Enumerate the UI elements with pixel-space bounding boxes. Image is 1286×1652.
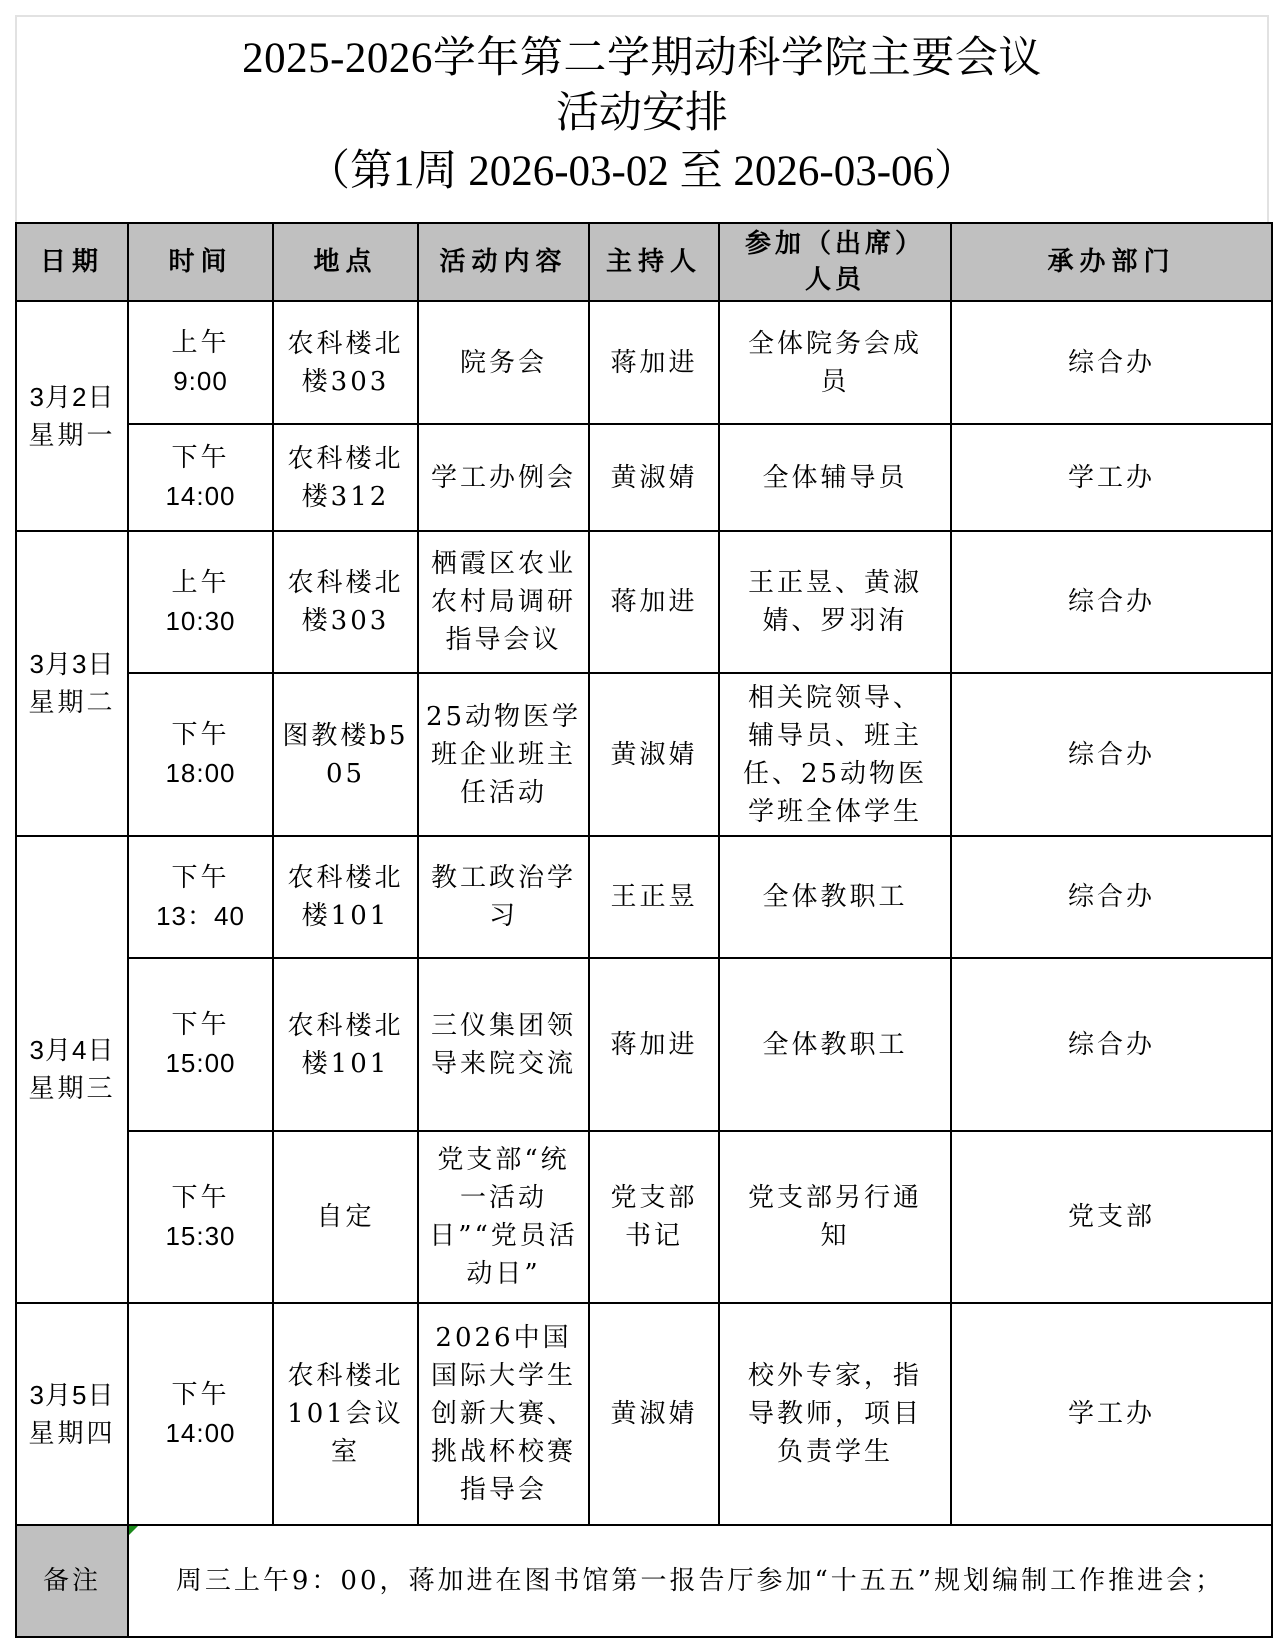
period-label: 下午 — [171, 443, 229, 473]
attendees-cell: 王正昱、黄淑婧、罗羽洧 — [719, 531, 951, 673]
table-row: 下午 15:00 农科楼北楼101 三仪集团领导来院交流 蒋加进 全体教职工 综… — [16, 958, 1272, 1131]
time-cell: 下午 14:00 — [128, 424, 273, 531]
time-cell: 上午 10:30 — [128, 531, 273, 673]
header-date: 日期 — [16, 223, 128, 301]
title-box: 2025-2026学年第二学期动科学院主要会议 活动安排 （第1周 2026-0… — [15, 15, 1269, 222]
time-label: 10:30 — [165, 606, 235, 636]
department-cell: 综合办 — [951, 531, 1272, 673]
host-cell: 黄淑婧 — [589, 424, 719, 531]
host-cell: 蒋加进 — [589, 301, 719, 424]
date-cell: 3月2日 星期一 — [16, 301, 128, 531]
location-cell: 农科楼北101会议室 — [273, 1303, 418, 1525]
location-cell: 农科楼北楼303 — [273, 531, 418, 673]
remark-text: 周三上午9：00，蒋加进在图书馆第一报告厅参加“十五五”规划编制工作推进会； — [176, 1566, 1224, 1596]
content-cell: 三仪集团领导来院交流 — [418, 958, 589, 1131]
week-range: （第1周 2026-03-02 至 2026-03-06） — [17, 147, 1267, 197]
time-label: 14:00 — [165, 481, 235, 511]
period-label: 上午 — [171, 568, 229, 598]
host-cell: 蒋加进 — [589, 958, 719, 1131]
content-cell: 2026中国国际大学生创新大赛、挑战杯校赛指导会 — [418, 1303, 589, 1525]
table-row: 下午 15:30 自定 党支部“统一活动日”“党员活动日” 党支部书记 党支部另… — [16, 1131, 1272, 1303]
content-cell: 党支部“统一活动日”“党员活动日” — [418, 1131, 589, 1303]
host-cell: 黄淑婧 — [589, 673, 719, 836]
header-location: 地点 — [273, 223, 418, 301]
time-cell: 下午 18:00 — [128, 673, 273, 836]
department-cell: 学工办 — [951, 424, 1272, 531]
content-cell: 院务会 — [418, 301, 589, 424]
table-row: 下午 18:00 图教楼b505 25动物医学班企业班主任活动 黄淑婧 相关院领… — [16, 673, 1272, 836]
period-label: 下午 — [171, 863, 229, 893]
department-cell: 综合办 — [951, 836, 1272, 958]
document-title: 2025-2026学年第二学期动科学院主要会议 — [17, 34, 1267, 84]
host-cell: 党支部书记 — [589, 1131, 719, 1303]
date-cell: 3月3日 星期二 — [16, 531, 128, 836]
header-department: 承办部门 — [951, 223, 1272, 301]
time-label: 15:30 — [165, 1221, 235, 1251]
weekday-label: 星期一 — [28, 421, 115, 451]
attendees-cell: 党支部另行通知 — [719, 1131, 951, 1303]
date-label: 3月5日 — [30, 1380, 115, 1410]
weekday-label: 星期三 — [28, 1074, 115, 1104]
location-cell: 自定 — [273, 1131, 418, 1303]
remark-label: 备注 — [16, 1525, 128, 1637]
date-label: 3月2日 — [30, 382, 115, 412]
date-label: 3月3日 — [30, 649, 115, 679]
document-subtitle: 活动安排 — [17, 89, 1267, 139]
department-cell: 综合办 — [951, 673, 1272, 836]
host-cell: 蒋加进 — [589, 531, 719, 673]
table-row: 3月2日 星期一 上午 9:00 农科楼北楼303 院务会 蒋加进 全体院务会成… — [16, 301, 1272, 424]
period-label: 下午 — [171, 1010, 229, 1040]
location-cell: 农科楼北楼312 — [273, 424, 418, 531]
attendees-cell: 校外专家，指导教师，项目负责学生 — [719, 1303, 951, 1525]
time-label: 13：40 — [156, 901, 245, 931]
attendees-cell: 相关院领导、辅导员、班主任、25动物医学班全体学生 — [719, 673, 951, 836]
schedule-table: 日期 时间 地点 活动内容 主持人 参加（出席）人员 承办部门 3月2日 星期一… — [15, 222, 1273, 1638]
host-cell: 王正昱 — [589, 836, 719, 958]
table-row: 3月4日 星期三 下午 13：40 农科楼北楼101 教工政治学习 王正昱 全体… — [16, 836, 1272, 958]
table-row: 3月5日 星期四 下午 14:00 农科楼北101会议室 2026中国国际大学生… — [16, 1303, 1272, 1525]
department-cell: 学工办 — [951, 1303, 1272, 1525]
date-cell: 3月4日 星期三 — [16, 836, 128, 1303]
header-host: 主持人 — [589, 223, 719, 301]
attendees-cell: 全体院务会成员 — [719, 301, 951, 424]
remark-row: 备注 周三上午9：00，蒋加进在图书馆第一报告厅参加“十五五”规划编制工作推进会… — [16, 1525, 1272, 1637]
table-row: 3月3日 星期二 上午 10:30 农科楼北楼303 栖霞区农业农村局调研指导会… — [16, 531, 1272, 673]
period-label: 下午 — [171, 1183, 229, 1213]
date-label: 3月4日 — [30, 1035, 115, 1065]
location-cell: 农科楼北楼303 — [273, 301, 418, 424]
remark-cell: 周三上午9：00，蒋加进在图书馆第一报告厅参加“十五五”规划编制工作推进会； — [128, 1525, 1272, 1637]
time-cell: 下午 14:00 — [128, 1303, 273, 1525]
header-row: 日期 时间 地点 活动内容 主持人 参加（出席）人员 承办部门 — [16, 223, 1272, 301]
time-cell: 下午 13：40 — [128, 836, 273, 958]
department-cell: 党支部 — [951, 1131, 1272, 1303]
department-cell: 综合办 — [951, 958, 1272, 1131]
attendees-cell: 全体教职工 — [719, 958, 951, 1131]
period-label: 上午 — [171, 328, 229, 358]
period-label: 下午 — [171, 720, 229, 750]
content-cell: 教工政治学习 — [418, 836, 589, 958]
date-cell: 3月5日 星期四 — [16, 1303, 128, 1525]
weekday-label: 星期二 — [28, 688, 115, 718]
content-cell: 栖霞区农业农村局调研指导会议 — [418, 531, 589, 673]
header-time: 时间 — [128, 223, 273, 301]
time-cell: 上午 9:00 — [128, 301, 273, 424]
content-cell: 学工办例会 — [418, 424, 589, 531]
host-cell: 黄淑婧 — [589, 1303, 719, 1525]
comment-indicator-icon[interactable] — [129, 1526, 138, 1535]
attendees-cell: 全体辅导员 — [719, 424, 951, 531]
time-label: 14:00 — [165, 1418, 235, 1448]
time-label: 9:00 — [173, 366, 228, 396]
weekday-label: 星期四 — [28, 1419, 115, 1449]
time-label: 18:00 — [165, 758, 235, 788]
period-label: 下午 — [171, 1380, 229, 1410]
time-cell: 下午 15:30 — [128, 1131, 273, 1303]
content-cell: 25动物医学班企业班主任活动 — [418, 673, 589, 836]
location-cell: 农科楼北楼101 — [273, 958, 418, 1131]
attendees-cell: 全体教职工 — [719, 836, 951, 958]
location-cell: 图教楼b505 — [273, 673, 418, 836]
location-cell: 农科楼北楼101 — [273, 836, 418, 958]
header-content: 活动内容 — [418, 223, 589, 301]
time-label: 15:00 — [165, 1048, 235, 1078]
table-row: 下午 14:00 农科楼北楼312 学工办例会 黄淑婧 全体辅导员 学工办 — [16, 424, 1272, 531]
department-cell: 综合办 — [951, 301, 1272, 424]
time-cell: 下午 15:00 — [128, 958, 273, 1131]
header-attendees: 参加（出席）人员 — [719, 223, 951, 301]
